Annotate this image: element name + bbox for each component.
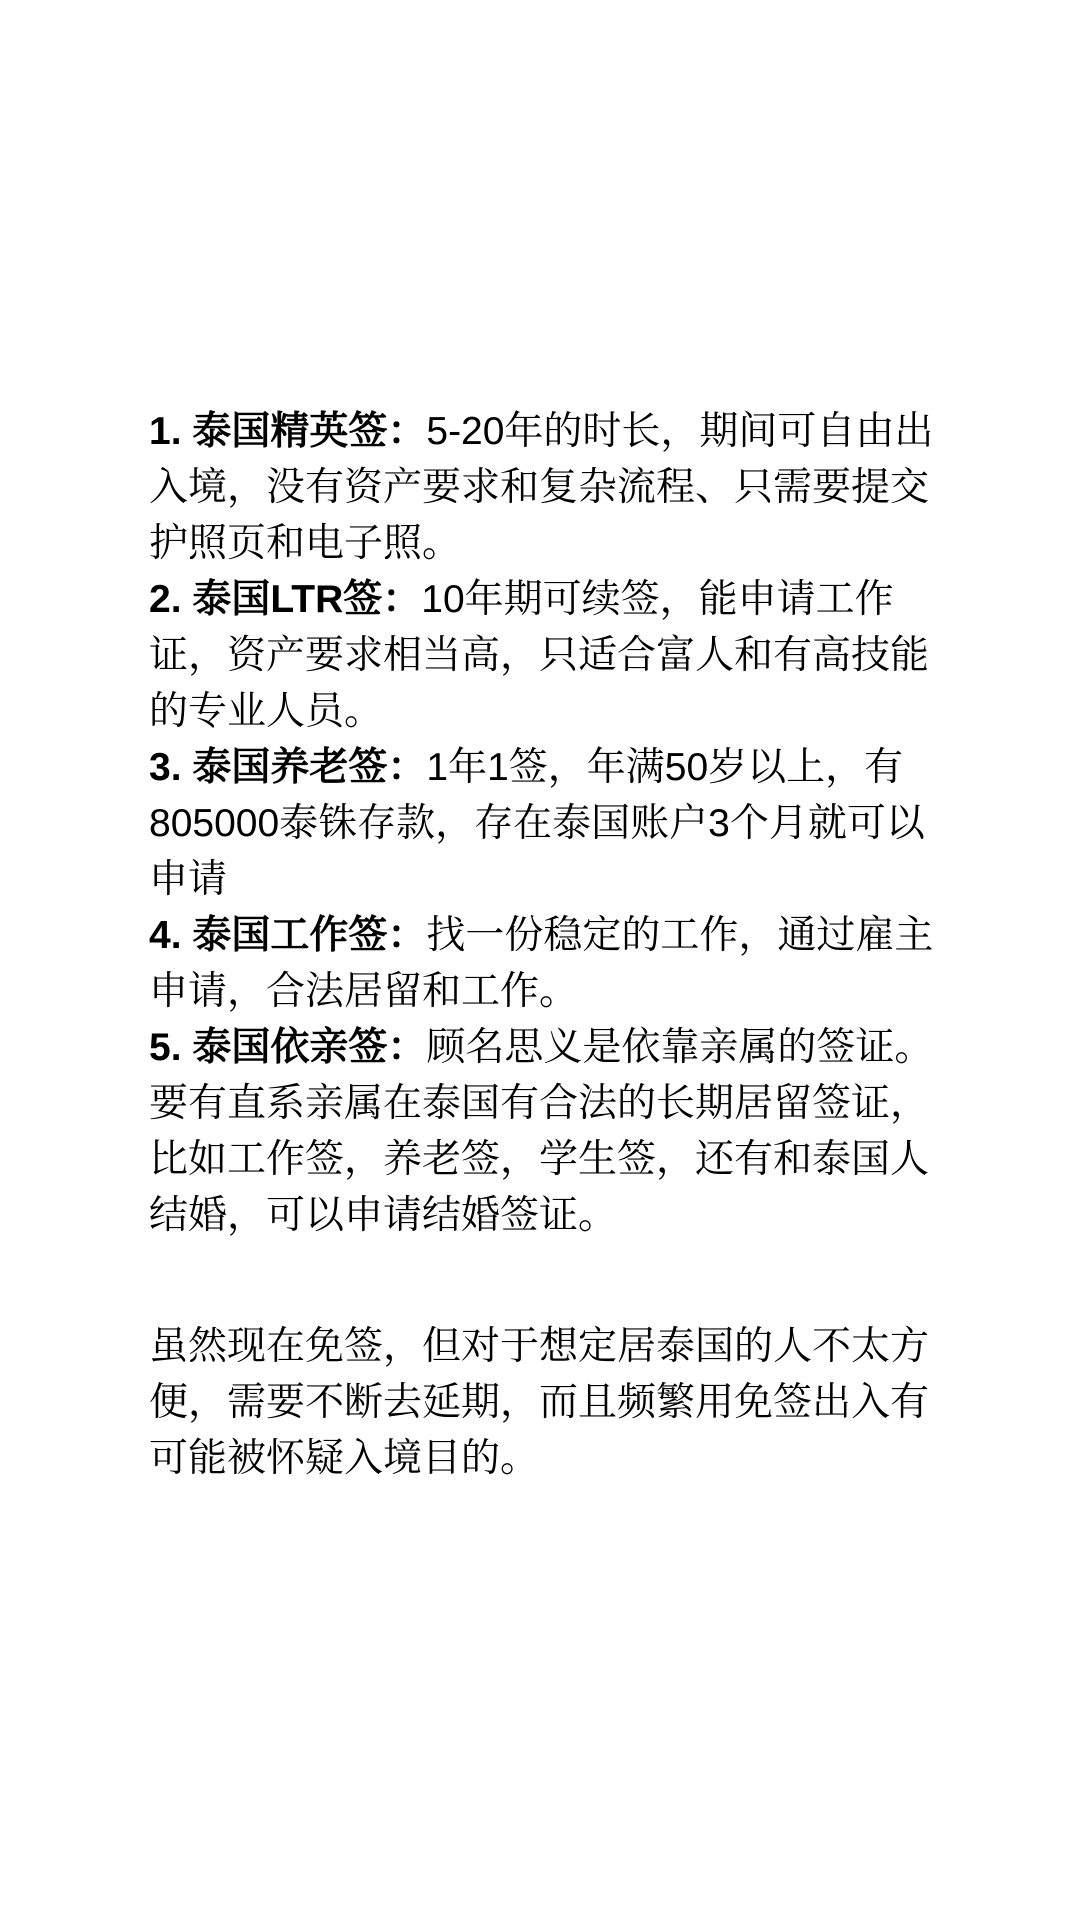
visa-item-label: 1. 泰国精英签：: [149, 410, 426, 453]
note-page: 1. 泰国精英签：5-20年的时长，期间可自由出入境，没有资产要求和复杂流程、只…: [0, 0, 1080, 1920]
visa-item-ltr: 2. 泰国LTR签：10年期可续签，能申请工作证，资产要求相当高，只适合富人和有…: [149, 572, 941, 740]
visa-item-retirement: 3. 泰国养老签：1年1签，年满50岁以上，有805000泰铢存款，存在泰国账户…: [149, 740, 941, 908]
visa-item-label: 3. 泰国养老签：: [149, 746, 426, 789]
visa-item-label: 2. 泰国LTR签：: [149, 578, 421, 621]
closing-paragraph: 虽然现在免签，但对于想定居泰国的人不太方便，需要不断去延期，而且频繁用免签出入有…: [149, 1319, 941, 1487]
visa-item-label: 4. 泰国工作签：: [149, 914, 426, 957]
visa-notes-content: 1. 泰国精英签：5-20年的时长，期间可自由出入境，没有资产要求和复杂流程、只…: [149, 404, 941, 1487]
visa-item-elite: 1. 泰国精英签：5-20年的时长，期间可自由出入境，没有资产要求和复杂流程、只…: [149, 404, 941, 572]
visa-item-label: 5. 泰国依亲签：: [149, 1026, 426, 1069]
visa-item-dependent: 5. 泰国依亲签：顾名思义是依靠亲属的签证。要有直系亲属在泰国有合法的长期居留签…: [149, 1020, 941, 1244]
visa-item-work: 4. 泰国工作签：找一份稳定的工作，通过雇主申请，合法居留和工作。: [149, 908, 941, 1020]
